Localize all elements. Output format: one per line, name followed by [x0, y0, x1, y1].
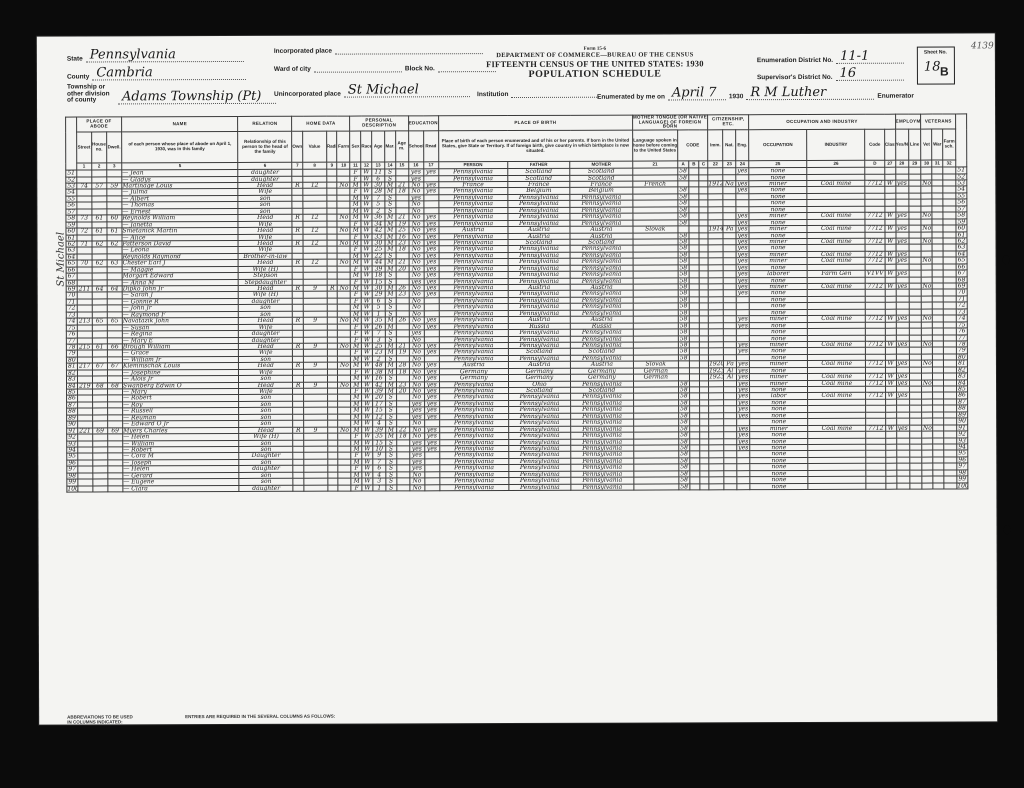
cell-read: yes — [424, 426, 439, 432]
schedule-title: POPULATION SCHEDULE — [485, 68, 705, 80]
line-number: 97 — [957, 463, 968, 469]
cell-code: 58 — [678, 174, 689, 180]
cell-tenure — [293, 485, 304, 491]
cell-value — [304, 485, 328, 492]
cell-eng: yes — [736, 277, 749, 283]
line-number: 85 — [67, 389, 78, 395]
cell-code: 58 — [678, 187, 689, 193]
cell-agem — [397, 484, 410, 490]
cell-code: 58 — [678, 207, 689, 213]
line-number: 58 — [956, 212, 967, 218]
cell-read: yes — [424, 375, 439, 381]
cell-read: yes — [423, 169, 438, 175]
cell-eng: yes — [736, 219, 749, 225]
cell-imm: 1920 — [709, 361, 724, 367]
cell-radio — [328, 485, 339, 491]
line-number: 93 — [957, 437, 968, 443]
line-number: 62 — [956, 238, 967, 244]
cell-nat — [724, 483, 737, 489]
cell-emp: yes — [896, 315, 909, 321]
line-number: 76 — [956, 328, 967, 334]
cell-eng: yes — [737, 400, 750, 406]
cell-farm: No — [338, 382, 351, 388]
cell-read — [425, 484, 440, 490]
sheet-header: State Pennsylvania County Cambria Townsh… — [37, 33, 995, 116]
cell-eng: yes — [736, 232, 749, 238]
cell-eng: yes — [736, 213, 749, 219]
cell-ind — [808, 483, 866, 490]
cell-farm: No — [338, 285, 351, 291]
cell-imm — [709, 483, 724, 489]
line-number: 65 — [956, 257, 967, 263]
cell-farm: No — [338, 427, 351, 433]
cell-xw — [933, 483, 944, 489]
line-number: 65 — [66, 260, 77, 266]
cell-nat: Na — [723, 181, 736, 187]
line-number: 95 — [67, 453, 78, 459]
cell-read: yes — [424, 388, 439, 394]
cell-ocode: 7712 — [865, 180, 884, 187]
cell-read: yes — [424, 259, 439, 265]
cell-race: W — [362, 485, 373, 491]
cell-eng: yes — [736, 271, 749, 277]
cell-eng: yes — [736, 284, 749, 290]
cell-code: 58 — [679, 426, 690, 432]
cell-code: 58 — [678, 387, 689, 393]
cell-vet: No — [922, 360, 933, 366]
cell-code: 58 — [679, 477, 690, 483]
cell-school: yes — [409, 278, 424, 284]
cell-lang — [634, 484, 679, 491]
cell-code: 58 — [678, 194, 689, 200]
binding-hole — [1003, 255, 1010, 264]
cell-eng: yes — [736, 226, 749, 232]
cell-code: 58 — [679, 451, 690, 457]
cell-read: yes — [424, 368, 439, 374]
line-number: 56 — [956, 199, 967, 205]
line-number: 68 — [66, 280, 77, 286]
cell-vet: No — [921, 238, 932, 244]
unincorporated-field: Unincorporated place St Michael — [274, 83, 470, 98]
cell-school: yes — [409, 407, 424, 413]
cell-code: 58 — [678, 310, 689, 316]
line-number: 94 — [67, 447, 78, 453]
cell-read: yes — [424, 253, 439, 259]
cell-sex: F — [351, 485, 362, 491]
cell-emp: yes — [896, 238, 909, 244]
line-number: 59 — [956, 219, 967, 225]
cell-code: 58 — [678, 303, 689, 309]
cell-eng: yes — [736, 245, 749, 251]
cell-code: 58 — [678, 355, 689, 361]
line-number: 82 — [66, 370, 77, 376]
cell-read: yes — [424, 291, 439, 297]
line-number: 89 — [957, 412, 968, 418]
line-number: 95 — [957, 450, 968, 456]
line-number: 70 — [956, 289, 967, 295]
line-number: 99 — [67, 479, 78, 485]
cell-code: 58 — [679, 464, 690, 470]
cell-code: 58 — [679, 432, 690, 438]
cell-read: yes — [424, 439, 439, 445]
cell-vet: No — [922, 315, 933, 321]
line-number: 72 — [66, 305, 77, 311]
cell-bp: Pennsylvania — [440, 484, 509, 491]
line-number: 79 — [956, 347, 967, 353]
cell-rel: Brother-in-law — [238, 253, 292, 260]
cell-read: yes — [424, 317, 439, 323]
line-number: 63 — [66, 247, 77, 253]
line-number: 55 — [66, 196, 77, 202]
cell-code: 58 — [678, 277, 689, 283]
cell-read: yes — [424, 407, 439, 413]
cell-xf — [944, 483, 957, 489]
cell-vet: No — [922, 380, 933, 386]
cell-read: yes — [424, 265, 439, 271]
cell-school: yes — [409, 465, 424, 471]
cell-emp: yes — [896, 251, 909, 257]
corner-note: 4139 — [971, 41, 994, 51]
line-number: 79 — [66, 350, 77, 356]
line-number: 86 — [956, 392, 967, 398]
cell-eng: yes — [736, 322, 749, 328]
census-sheet: State Pennsylvania County Cambria Townsh… — [37, 33, 997, 724]
line-number: 87 — [67, 402, 78, 408]
cell-vet: No — [921, 212, 932, 218]
line-number: 75 — [66, 325, 77, 331]
cell-ocode — [866, 483, 885, 490]
sheet-footer: ABBREVIATIONS TO BE USED IN COLUMNS INDI… — [67, 711, 969, 724]
cell-ocode: 7712 — [866, 425, 885, 432]
cell-dw: 215 — [77, 344, 92, 350]
cell-ocode: 7712 — [866, 373, 885, 380]
cell-code: 58 — [678, 342, 689, 348]
population-table: PLACE OF ABODE NAME RELATION HOME DATA P… — [65, 113, 968, 492]
line-number: 98 — [67, 473, 78, 479]
cell-read: yes — [424, 446, 439, 452]
sheet-number-box: Sheet No. 18 B — [917, 46, 955, 84]
line-number: 78 — [956, 341, 967, 347]
cell-code: 58 — [678, 200, 689, 206]
cell-mar: S — [386, 485, 397, 491]
cell-code: 58 — [678, 239, 689, 245]
cell-eng: yes — [737, 432, 750, 438]
cell-eng: yes — [736, 187, 749, 193]
cell-code: 58 — [678, 271, 689, 277]
line-number: 73 — [956, 309, 967, 315]
line-number: 77 — [66, 338, 77, 344]
cell-read: yes — [424, 394, 439, 400]
line-number: 93 — [67, 441, 78, 447]
cell-eng: yes — [736, 258, 749, 264]
line-number: 74 — [66, 318, 77, 324]
cell-bpf: Pennsylvania — [509, 484, 572, 491]
incorporated-field: Incorporated place — [274, 47, 483, 55]
cell-emp: yes — [896, 341, 909, 347]
cell-code: 58 — [678, 393, 689, 399]
cell-farm: No — [338, 343, 351, 349]
cell-code: 58 — [678, 213, 689, 219]
cell-ocode: 7712 — [865, 225, 884, 232]
line-number: 84 — [956, 380, 967, 386]
cell-ocode: 7712 — [866, 360, 885, 367]
cell-code: 58 — [678, 323, 689, 329]
line-number: 83 — [956, 373, 967, 379]
line-number: 88 — [957, 405, 968, 411]
cell-dw: 217 — [77, 363, 92, 369]
cell-school: yes — [408, 175, 423, 181]
cell-farm: No — [338, 259, 351, 265]
line-number: 64 — [956, 251, 967, 257]
cell-school: yes — [409, 446, 424, 452]
cell-dw: 221 — [77, 428, 92, 434]
line-number: 70 — [66, 293, 77, 299]
line-number: 72 — [956, 302, 967, 308]
cell-read: yes — [424, 401, 439, 407]
person-name: — Clara — [123, 485, 239, 492]
enumerated-field: Enumerated by me on April 7 1930 R M Lut… — [597, 86, 914, 101]
cell-code: 58 — [678, 245, 689, 251]
cell-imm: 1923 — [709, 374, 724, 380]
cell-dw — [78, 486, 93, 492]
line-number: 64 — [66, 254, 77, 260]
line-number: 62 — [66, 241, 77, 247]
cell-ocode: 7712 — [866, 341, 885, 348]
line-number: 55 — [956, 193, 967, 199]
cell-eng: yes — [736, 316, 749, 322]
line-number: 96 — [67, 460, 78, 466]
cell-xc — [700, 483, 709, 489]
cell-emp: yes — [896, 425, 909, 431]
cell-school: yes — [408, 195, 423, 201]
line-number: 54 — [956, 186, 967, 192]
cell-read: yes — [424, 278, 439, 284]
census-rows: 51— JeandaughterFW11SyesyesPennsylvaniaS… — [66, 167, 968, 492]
cell-read: yes — [424, 323, 439, 329]
cell-eng: yes — [737, 374, 750, 380]
cell-read: yes — [424, 233, 439, 239]
enum-district-field: Enumeration District No. 11-1 — [757, 50, 904, 65]
cell-read: yes — [424, 349, 439, 355]
cell-school: yes — [409, 330, 424, 336]
line-number: 58 — [66, 215, 77, 221]
ward-field: Ward of city Block No. — [274, 65, 496, 73]
cell-school: yes — [409, 452, 424, 458]
line-number: 90 — [957, 418, 968, 424]
cell-emp: yes — [895, 212, 908, 218]
line-number: 84 — [67, 383, 78, 389]
cell-code: 58 — [678, 265, 689, 271]
cell-eng: yes — [737, 445, 750, 451]
cell-imm: 1912 — [708, 181, 723, 187]
line-number: 83 — [66, 376, 77, 382]
cell-farm: No — [337, 182, 350, 188]
cell-vet: No — [921, 225, 932, 231]
cell-read: yes — [424, 414, 439, 420]
cell-vet — [922, 483, 933, 489]
cell-eng: yes — [736, 264, 749, 270]
cell-code: 58 — [678, 335, 689, 341]
line-number: 91 — [67, 428, 78, 434]
cell-read: yes — [424, 433, 439, 439]
line-number: 60 — [66, 228, 77, 234]
cell-code: 58 — [678, 284, 689, 290]
cell-eng: yes — [736, 342, 749, 348]
cell-school: yes — [409, 414, 424, 420]
state-field: State Pennsylvania — [67, 48, 244, 63]
line-number: 52 — [956, 174, 967, 180]
line-number: 73 — [66, 312, 77, 318]
cell-code: 58 — [678, 232, 689, 238]
cell-eng: yes — [737, 393, 750, 399]
line-number: 51 — [66, 170, 77, 176]
cell-dw: 211 — [77, 286, 92, 292]
cell-vet: No — [922, 341, 933, 347]
line-number: 86 — [67, 396, 78, 402]
line-number: 88 — [67, 408, 78, 414]
cell-code: 58 — [678, 220, 689, 226]
cell-farm: No — [338, 317, 351, 323]
cell-emp: yes — [896, 257, 909, 263]
cell-code: 58 — [679, 483, 690, 489]
cell-ocode: 7712 — [865, 251, 884, 258]
cell-imm: 1914 — [708, 226, 723, 232]
line-number: 54 — [66, 190, 77, 196]
cell-dw: 213 — [77, 318, 92, 324]
line-number: 76 — [66, 331, 77, 337]
line-number: 96 — [957, 457, 968, 463]
cell-emp: yes — [896, 225, 909, 231]
cell-eng: yes — [737, 348, 750, 354]
cell-farm: No — [337, 214, 350, 220]
cell-ocode: 7712 — [866, 283, 885, 290]
cell-code: 58 — [678, 252, 689, 258]
cell-emp: yes — [896, 283, 909, 289]
cell-ocode: 7712 — [866, 393, 885, 400]
cell-farm: No — [337, 240, 350, 246]
cell-rel: daughter — [239, 485, 293, 492]
cell-eng — [737, 483, 750, 489]
cell-code: 58 — [678, 329, 689, 335]
supervisor-district-field: Supervisor's District No. 16 — [757, 67, 904, 82]
cell-eng: yes — [737, 367, 750, 373]
cell-code: 58 — [678, 168, 689, 174]
cell-ocode: V1VV — [866, 270, 885, 277]
cell-read: yes — [424, 272, 439, 278]
cell-eng: yes — [736, 252, 749, 258]
cell-code: 58 — [679, 458, 690, 464]
cell-read: yes — [424, 362, 439, 368]
institution-field: Institution — [477, 91, 599, 98]
cell-read: yes — [424, 285, 439, 291]
cell-code: 58 — [678, 297, 689, 303]
cell-imm: 1923 — [709, 367, 724, 373]
cell-ocode: 7712 — [865, 257, 884, 264]
line-number: 68 — [956, 277, 967, 283]
cell-emp: yes — [895, 180, 908, 186]
line-number: 100 — [67, 486, 78, 492]
cell-vet: No — [921, 180, 932, 186]
line-number: 69 — [66, 286, 77, 292]
line-number: 90 — [67, 421, 78, 427]
cell-eng: yes — [737, 380, 750, 386]
line-number: 100 — [957, 483, 968, 489]
cell-vet: No — [922, 257, 933, 263]
cell-read: yes — [424, 188, 439, 194]
cell-code: 58 — [679, 400, 690, 406]
cell-eng: yes — [736, 239, 749, 245]
cell-occ: none — [750, 483, 808, 490]
cell-vet: No — [922, 425, 933, 431]
binding-hole — [1004, 525, 1011, 534]
line-number: 53 — [66, 183, 77, 189]
cell-code: 58 — [679, 413, 690, 419]
line-number: 59 — [66, 222, 77, 228]
census-title: FIFTEENTH CENSUS OF THE UNITED STATES: 1… — [485, 58, 705, 69]
line-number: 57 — [66, 209, 77, 215]
line-number: 56 — [66, 202, 77, 208]
cell-eng: yes — [736, 168, 749, 174]
cell-code: 58 — [678, 348, 689, 354]
cell-read: yes — [424, 220, 439, 226]
cell-emp: yes — [896, 270, 909, 276]
line-number: 99 — [957, 476, 968, 482]
cell-code: 58 — [679, 438, 690, 444]
cell-bpm: Pennsylvania — [571, 484, 634, 491]
line-number: 67 — [956, 270, 967, 276]
line-number: 92 — [67, 434, 78, 440]
cell-dw: 219 — [77, 383, 92, 389]
cell-xe — [909, 483, 922, 489]
line-number: 77 — [956, 334, 967, 340]
line-number: 66 — [956, 264, 967, 270]
cell-code: 58 — [679, 445, 690, 451]
line-number: 94 — [957, 444, 968, 450]
cell-school: yes — [409, 459, 424, 465]
line-number: 63 — [956, 244, 967, 250]
line-number: 53 — [956, 180, 967, 186]
cell-code: 58 — [678, 380, 689, 386]
township-field: Township or other division of county Ada… — [67, 84, 276, 104]
cell-read: yes — [424, 214, 439, 220]
line-number: 85 — [956, 386, 967, 392]
cell-school: No — [409, 484, 424, 490]
cell-read: yes — [424, 246, 439, 252]
cell-age: 1 — [373, 485, 386, 491]
line-number: 97 — [67, 466, 78, 472]
line-number: 92 — [957, 431, 968, 437]
line-number: 81 — [66, 363, 77, 369]
line-number: 78 — [66, 344, 77, 350]
cell-code: 58 — [679, 419, 690, 425]
line-number: 80 — [66, 357, 77, 363]
line-number: 71 — [66, 299, 77, 305]
cell-farm: No — [337, 227, 350, 233]
line-number: 67 — [66, 273, 77, 279]
cell-eng: yes — [736, 290, 749, 296]
cell-emp: yes — [896, 393, 909, 399]
line-number: 60 — [956, 225, 967, 231]
cell-farm: No — [338, 362, 351, 368]
cell-code: 58 — [678, 258, 689, 264]
cell-emp: yes — [896, 380, 909, 386]
line-number: 61 — [66, 235, 77, 241]
line-number: 82 — [956, 367, 967, 373]
cell-ocode: 7712 — [866, 380, 885, 387]
cell-eng: yes — [737, 438, 750, 444]
cell-code: 58 — [679, 471, 690, 477]
title-block: Form 15-6 DEPARTMENT OF COMMERCE—BUREAU … — [485, 46, 705, 80]
